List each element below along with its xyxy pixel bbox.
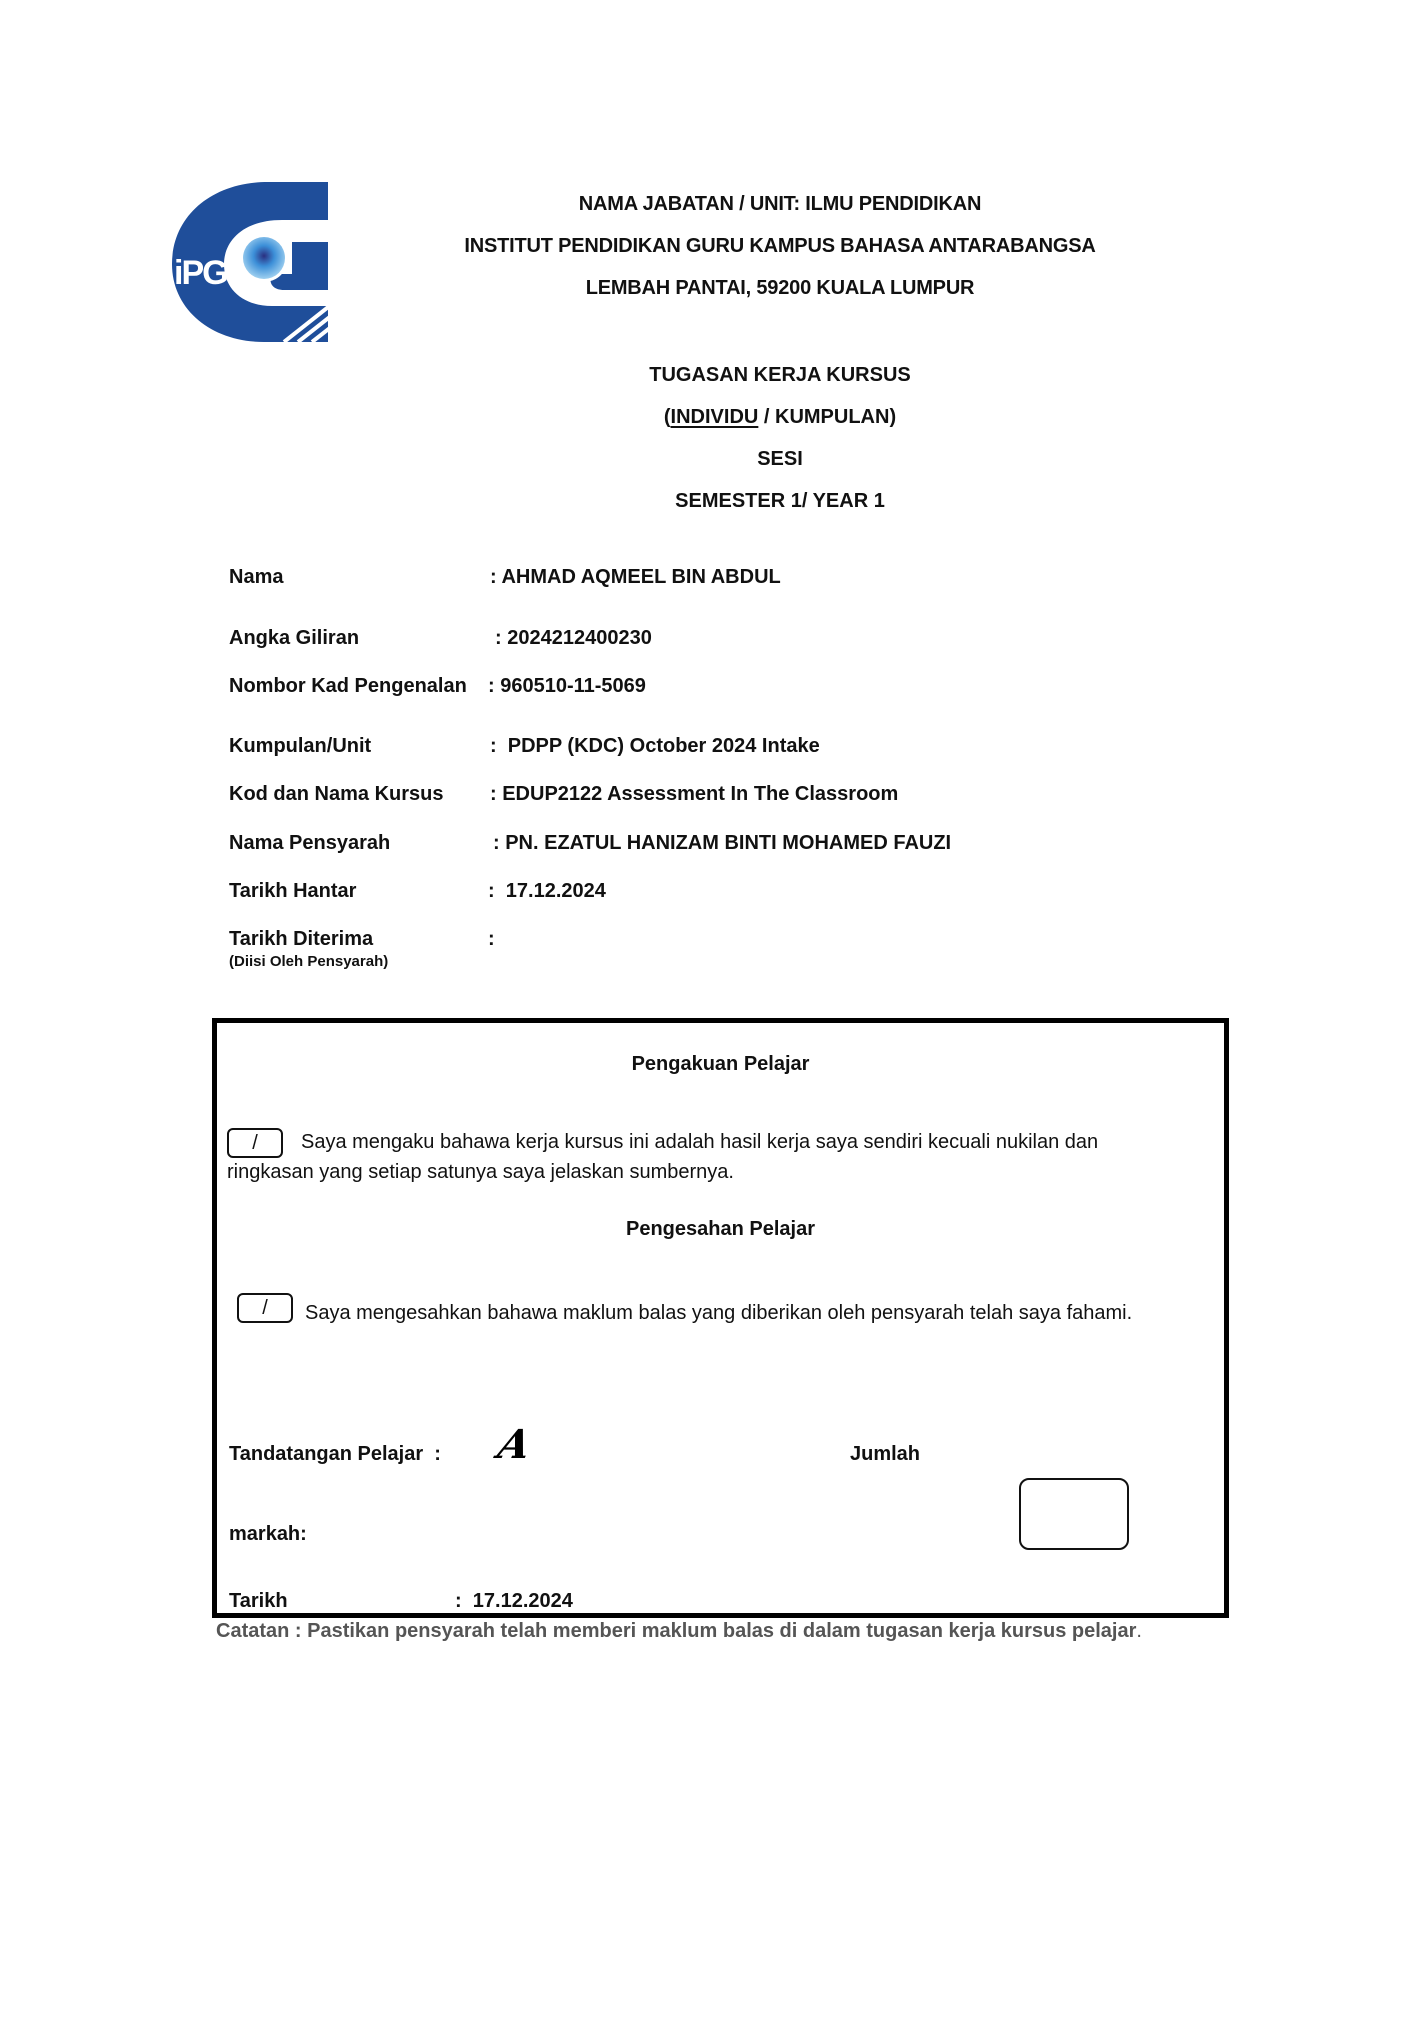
- jumlah-label: Jumlah: [850, 1443, 920, 1466]
- pengakuan-checkbox[interactable]: /: [227, 1128, 283, 1158]
- kad-pengenalan-label: Nombor Kad Pengenalan: [229, 675, 467, 698]
- kumpulan-value: : PDPP (KDC) October 2024 Intake: [490, 735, 820, 758]
- pengakuan-text-line1: Saya mengaku bahawa kerja kursus ini ada…: [301, 1127, 1098, 1157]
- angka-giliran-label: Angka Giliran: [229, 627, 359, 650]
- institute-heading: INSTITUT PENDIDIKAN GURU KAMPUS BAHASA A…: [380, 235, 1180, 258]
- pengesahan-title: Pengesahan Pelajar: [217, 1218, 1224, 1241]
- pensyarah-value: : PN. EZATUL HANIZAM BINTI MOHAMED FAUZI: [493, 832, 951, 855]
- pengakuan-text-line2: ringkasan yang setiap satunya saya jelas…: [227, 1157, 734, 1187]
- declaration-box: Pengakuan Pelajar / Saya mengaku bahawa …: [212, 1018, 1229, 1618]
- tarikh-diterima-value: :: [488, 928, 495, 951]
- markah-label: markah:: [229, 1523, 307, 1546]
- pengakuan-title: Pengakuan Pelajar: [217, 1053, 1224, 1076]
- tarikh-hantar-value: : 17.12.2024: [488, 880, 606, 903]
- assignment-type: (INDIVIDU / KUMPULAN): [580, 406, 980, 429]
- kad-pengenalan-value: : 960510-11-5069: [488, 675, 646, 698]
- ipg-logo-icon: iPG: [172, 182, 328, 342]
- total-marks-field[interactable]: [1019, 1478, 1129, 1550]
- semester-label: SEMESTER 1/ YEAR 1: [580, 490, 980, 513]
- tarikh-value: : 17.12.2024: [455, 1590, 573, 1613]
- kursus-value: : EDUP2122 Assessment In The Classroom: [490, 783, 898, 806]
- tarikh-label: Tarikh: [229, 1590, 288, 1613]
- footer-note: Catatan : Pastikan pensyarah telah membe…: [216, 1620, 1142, 1643]
- assignment-type-selected: INDIVIDU: [671, 406, 759, 428]
- svg-text:iPG: iPG: [174, 254, 227, 292]
- nama-label: Nama: [229, 566, 283, 589]
- tarikh-diterima-label: Tarikh Diterima: [229, 928, 373, 951]
- tarikh-hantar-label: Tarikh Hantar: [229, 880, 356, 903]
- kursus-label: Kod dan Nama Kursus: [229, 783, 443, 806]
- assignment-title: TUGASAN KERJA KURSUS: [580, 364, 980, 387]
- angka-giliran-value: : 2024212400230: [495, 627, 652, 650]
- pengesahan-text: Saya mengesahkan bahawa maklum balas yan…: [305, 1298, 1132, 1328]
- session-label: SESI: [580, 448, 980, 471]
- department-heading: NAMA JABATAN / UNIT: ILMU PENDIDIKAN: [380, 193, 1180, 216]
- kumpulan-label: Kumpulan/Unit: [229, 735, 371, 758]
- pengesahan-checkbox[interactable]: /: [237, 1293, 293, 1323]
- student-signature: A: [494, 1421, 535, 1468]
- address-heading: LEMBAH PANTAI, 59200 KUALA LUMPUR: [380, 277, 1180, 300]
- nama-value: : AHMAD AQMEEL BIN ABDUL: [490, 566, 781, 589]
- pensyarah-label: Nama Pensyarah: [229, 832, 390, 855]
- signature-label: Tandatangan Pelajar :: [229, 1443, 441, 1466]
- tarikh-diterima-note: (Diisi Oleh Pensyarah): [229, 953, 388, 970]
